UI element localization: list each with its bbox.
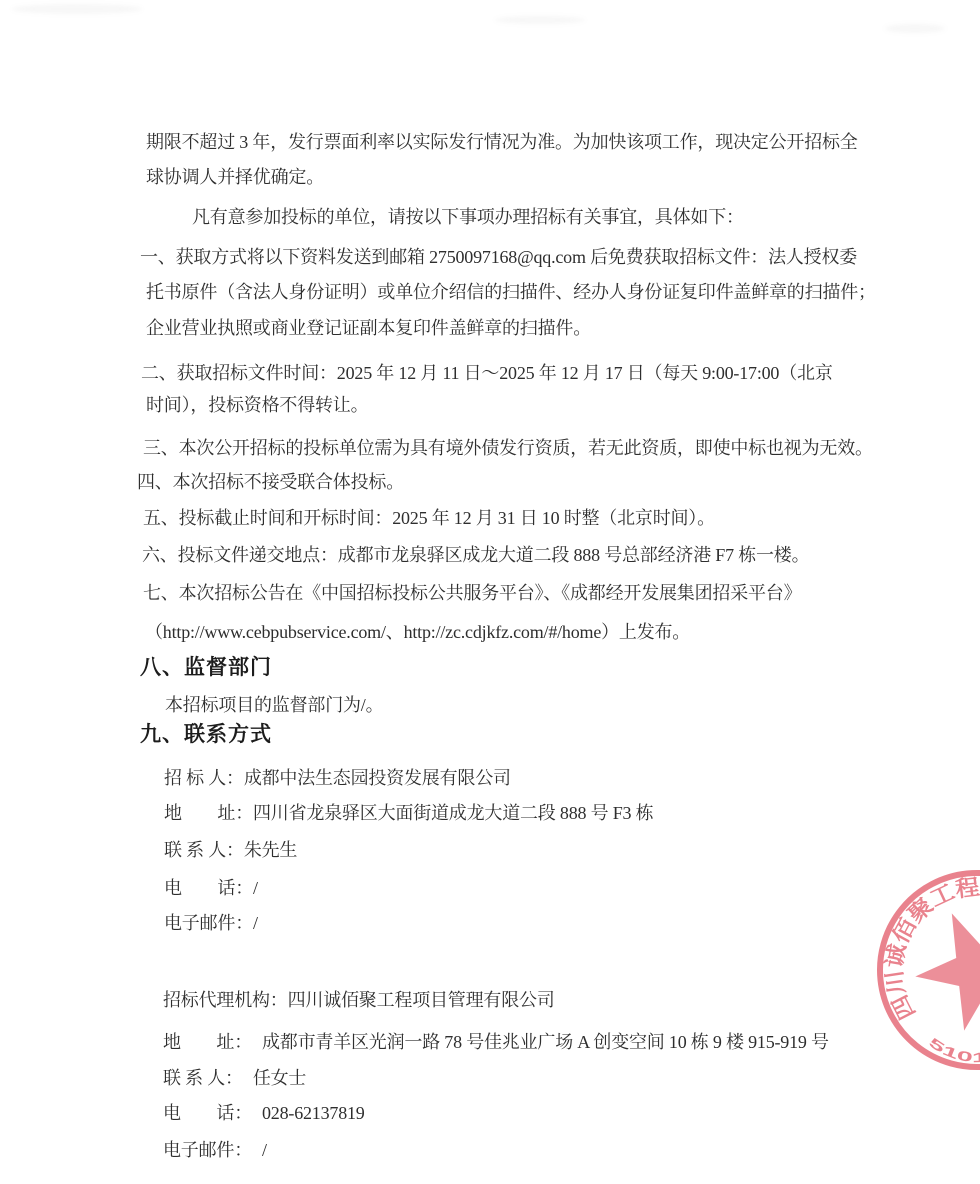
section-9-heading: 九、联系方式	[140, 721, 272, 749]
section-8-body: 本招标项目的监督部门为/。	[165, 692, 383, 718]
agency-name-label: 招标代理机构：	[163, 987, 288, 1013]
item-3: 三、本次公开招标的投标单位需为具有境外债发行资质，若无此资质，即使中标也视为无效…	[143, 435, 873, 461]
tenderer-phone-label: 电 话：	[164, 875, 253, 901]
agency-contact-value: 任女士	[243, 1068, 306, 1088]
item-4: 四、本次招标不接受联合体投标。	[137, 469, 404, 495]
scanned-document-page: 期限不超过 3 年，发行票面利率以实际发行情况为准。为加快该项工作，现决定公开招…	[0, 0, 980, 1184]
agency-address-row: 地 址：成都市青羊区光润一路 78 号佳兆业广场 A 创变空间 10 栋 9 楼…	[163, 1029, 829, 1055]
tenderer-name-label: 招 标 人：	[164, 765, 244, 791]
item-5: 五、投标截止时间和开标时间：2025 年 12 月 31 日 10 时整（北京时…	[143, 505, 715, 531]
tenderer-name-row: 招 标 人：成都中法生态园投资发展有限公司	[164, 765, 511, 791]
tenderer-email-label: 电子邮件：	[164, 910, 253, 936]
tenderer-email-value: /	[253, 913, 258, 933]
item-7-line-2-urls: （http://www.cebpubservice.com/、http://zc…	[145, 619, 690, 645]
agency-contact-label: 联 系 人：	[163, 1065, 243, 1091]
tenderer-contact-label: 联 系 人：	[164, 837, 244, 863]
item-1-line-2: 托书原件（含法人身份证明）或单位介绍信的扫描件、经办人身份证复印件盖鲜章的扫描件…	[146, 279, 876, 305]
tenderer-contact-value: 朱先生	[244, 840, 297, 860]
company-seal-stamp: 四川诚佰聚工程项目管理有限公司 5101040569	[827, 820, 980, 1120]
tenderer-address-label: 地 址：	[164, 800, 253, 826]
tenderer-email-row: 电子邮件：/	[164, 910, 258, 936]
tenderer-phone-value: /	[253, 878, 258, 898]
agency-name-value: 四川诚佰聚工程项目管理有限公司	[288, 990, 555, 1010]
agency-name-row: 招标代理机构：四川诚佰聚工程项目管理有限公司	[163, 987, 555, 1013]
item-7-line-1: 七、本次招标公告在《中国招标投标公共服务平台》、《成都经开发展集团招采平台》	[143, 580, 801, 606]
tenderer-phone-row: 电 话：/	[164, 875, 258, 901]
intro-paragraph-line-1: 期限不超过 3 年，发行票面利率以实际发行情况为准。为加快该项工作，现决定公开招…	[146, 129, 858, 155]
agency-contact-row: 联 系 人：任女士	[163, 1065, 306, 1091]
agency-phone-value: 028-62137819	[252, 1103, 365, 1123]
agency-email-value: /	[252, 1140, 267, 1160]
tenderer-contact-row: 联 系 人：朱先生	[164, 837, 297, 863]
agency-email-label: 电子邮件：	[163, 1137, 252, 1163]
scan-artifact	[495, 16, 585, 24]
item-2-line-1: 二、获取招标文件时间：2025 年 12 月 11 日～2025 年 12 月 …	[141, 360, 833, 386]
tenderer-name-value: 成都中法生态园投资发展有限公司	[244, 768, 511, 788]
item-2-line-2: 时间），投标资格不得转让。	[146, 392, 368, 418]
scan-artifact	[885, 24, 945, 33]
agency-address-label: 地 址：	[163, 1029, 252, 1055]
tenderer-address-value: 四川省龙泉驿区大面街道成龙大道二段 888 号 F3 栋	[253, 803, 653, 823]
intro-paragraph-line-2: 球协调人并择优确定。	[146, 164, 324, 190]
agency-phone-row: 电 话：028-62137819	[163, 1100, 365, 1126]
agency-phone-label: 电 话：	[163, 1100, 252, 1126]
item-1-line-1: 一、获取方式将以下资料发送到邮箱 2750097168@qq.com 后免费获取…	[140, 244, 857, 270]
invitation-line: 凡有意参加投标的单位，请按以下事项办理招标有关事宜，具体如下：	[192, 204, 744, 230]
scan-artifact	[12, 4, 142, 14]
tenderer-address-row: 地 址：四川省龙泉驿区大面街道成龙大道二段 888 号 F3 栋	[164, 800, 653, 826]
item-6: 六、投标文件递交地点：成都市龙泉驿区成龙大道二段 888 号总部经济港 F7 栋…	[142, 542, 809, 568]
agency-address-value: 成都市青羊区光润一路 78 号佳兆业广场 A 创变空间 10 栋 9 楼 915…	[252, 1032, 829, 1052]
section-8-heading: 八、监督部门	[140, 654, 272, 682]
item-1-line-3: 企业营业执照或商业登记证副本复印件盖鲜章的扫描件。	[146, 315, 591, 341]
agency-email-row: 电子邮件：/	[163, 1137, 267, 1163]
